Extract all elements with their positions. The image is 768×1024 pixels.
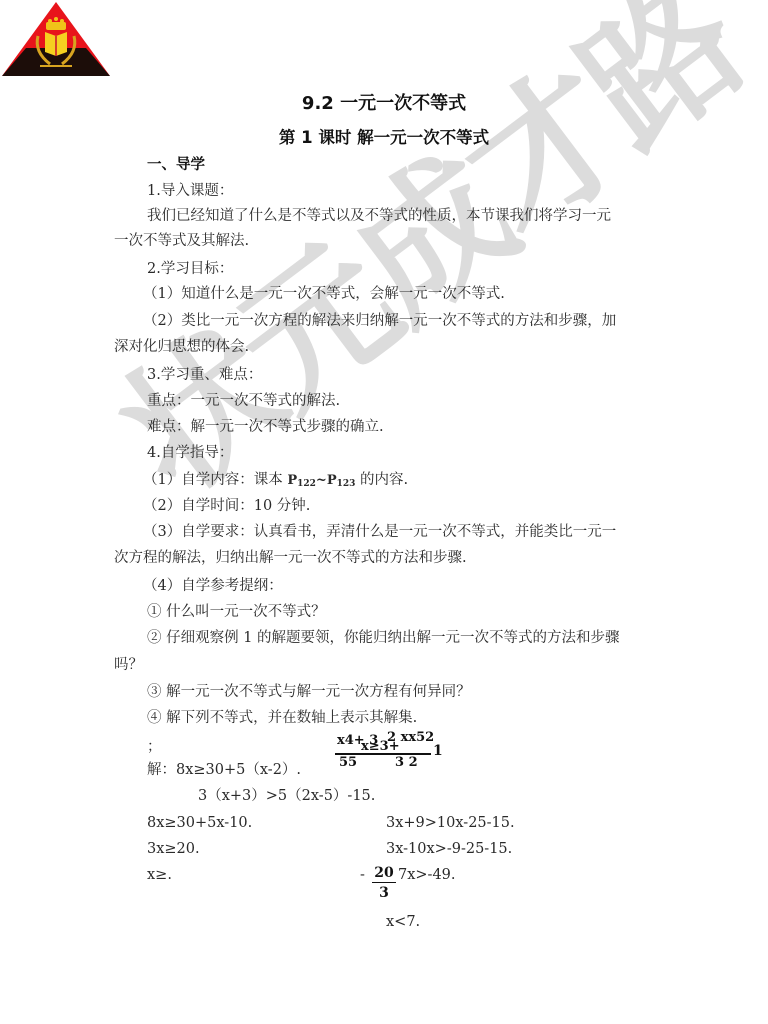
goal-item-cont: 深对化归思想的体会.: [114, 337, 249, 357]
question-item: ④ 解下列不等式，并在数轴上表示其解集.: [147, 708, 417, 728]
formula-numerator: 2 xx52: [387, 730, 434, 745]
section-heading: 一、导学: [147, 155, 205, 175]
item-heading: 3.学习重、难点：: [147, 365, 262, 385]
page-ref: P: [287, 473, 297, 488]
study-time: （2）自学时间：10 分钟.: [143, 496, 310, 516]
solution-step: 3x≥20.: [147, 839, 200, 859]
solution-step: 8x≥30+5x-10.: [147, 813, 252, 833]
goal-item: （1）知道什么是一元一次不等式，会解一元一次不等式.: [143, 284, 505, 304]
page-subtitle: 第 1 课时 解一元一次不等式: [0, 124, 768, 148]
question-item-cont: 吗？: [114, 655, 143, 675]
question-item: ③ 解一元一次不等式与解一元一次方程有何异同？: [147, 682, 471, 702]
solution-step: 7x>-49.: [398, 865, 456, 885]
colon-mark: ；: [147, 737, 162, 757]
item-heading: 4.自学指导：: [147, 443, 233, 463]
solution-step: 解：8x≥30+5（x-2）.: [147, 760, 301, 780]
fraction-numerator: 20: [372, 864, 396, 883]
goal-item: （2）类比一元一次方程的解法来归纳解一元一次不等式的方法和步骤，加: [143, 311, 616, 331]
study-content: （1）自学内容：课本 P122~P123 的内容.: [143, 470, 408, 494]
formula-denominator: 55: [339, 755, 357, 770]
page-title: 9.2 一元一次不等式: [0, 89, 768, 115]
study-content-text: （1）自学内容：课本: [143, 472, 287, 488]
key-point: 重点：一元一次不等式的解法.: [147, 391, 340, 411]
question-item: ① 什么叫一元一次不等式？: [147, 602, 326, 622]
solution-step: 3x-10x>-9-25-15.: [386, 839, 512, 859]
item-heading: 2.学习目标：: [147, 259, 233, 279]
formula-tail: 1: [433, 743, 443, 759]
study-requirement-cont: 次方程的解法，归纳出解一元一次不等式的方法和步骤.: [114, 548, 467, 568]
fraction-20-3: 20 3: [372, 864, 396, 903]
fraction-denominator: 3: [372, 883, 396, 903]
minus-sign: -: [360, 865, 365, 885]
question-item: ② 仔细观察例 1 的解题要领，你能归纳出解一元一次不等式的方法和步骤: [147, 628, 620, 648]
inequality-formula: x4+ 3 55 x≥3+ 2 xx52 3 2 1: [333, 733, 443, 775]
document-content: 9.2 一元一次不等式 第 1 课时 解一元一次不等式 一、导学 1.导入课题：…: [0, 0, 768, 1024]
solution-step: 3x+9>10x-25-15.: [386, 813, 515, 833]
study-outline: （4）自学参考提纲：: [143, 576, 283, 596]
difficult-point: 难点：解一元一次不等式步骤的确立.: [147, 417, 384, 437]
page-ref: ~P: [316, 473, 337, 488]
solution-step: 3（x+3）>5（2x-5）-15.: [198, 786, 375, 806]
paragraph-line: 我们已经知道了什么是不等式以及不等式的性质，本节课我们将学习一元: [147, 206, 611, 226]
paragraph-line: 一次不等式及其解法.: [114, 231, 249, 251]
item-heading: 1.导入课题：: [147, 181, 233, 201]
page-ref-sub: 123: [337, 479, 356, 489]
study-requirement: （3）自学要求：认真看书，弄清什么是一元一次不等式，并能类比一元一: [143, 522, 616, 542]
study-content-text: 的内容.: [355, 472, 408, 488]
formula-denominator: 3 2: [395, 755, 418, 770]
solution-step: x≥.: [147, 865, 172, 885]
solution-result: x<7.: [386, 912, 420, 932]
document-page: 状元成才路 9.2 一元一次不等式 第 1 课时 解一元一次不等式 一、导学 1…: [0, 0, 768, 1024]
page-ref-sub: 122: [297, 479, 316, 489]
